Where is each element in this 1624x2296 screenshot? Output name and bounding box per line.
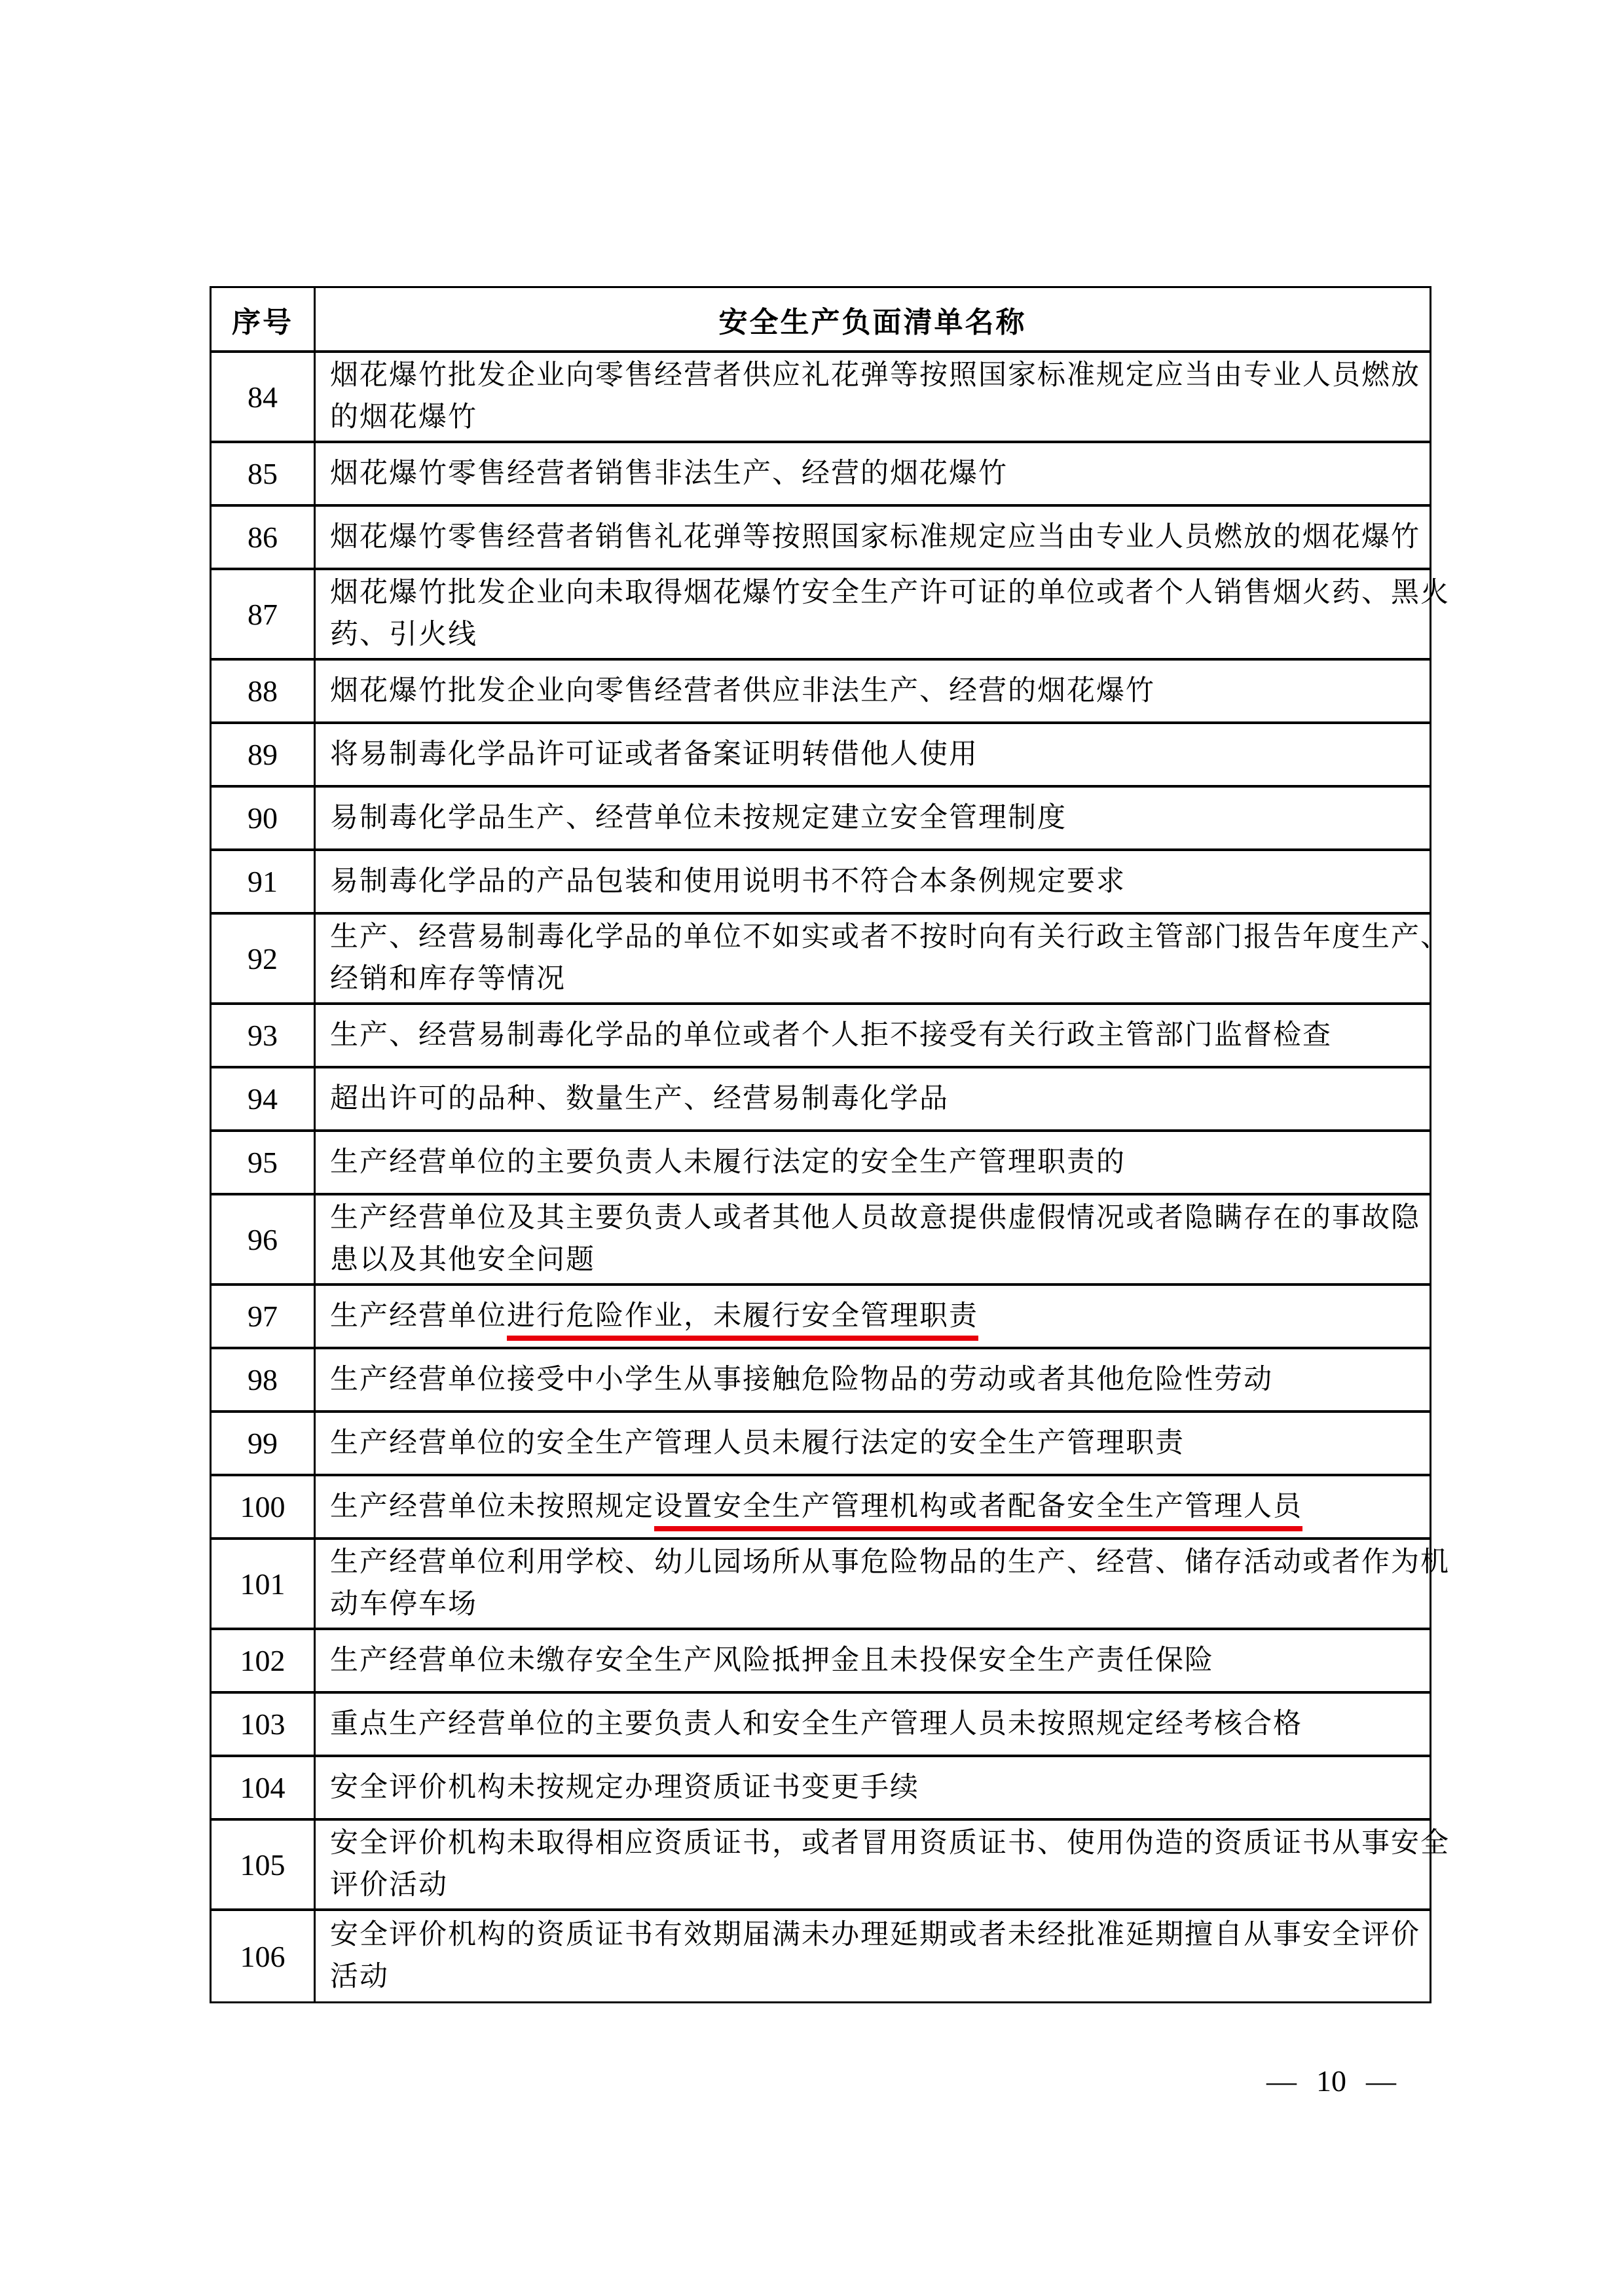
row-index-cell: 105 — [212, 1821, 316, 1908]
table-row: 87烟花爆竹批发企业向未取得烟花爆竹安全生产许可证的单位或者个人销售烟火药、黑火… — [212, 570, 1430, 661]
header-cell-name: 安全生产负面清单名称 — [316, 288, 1430, 350]
table-row: 88烟花爆竹批发企业向零售经营者供应非法生产、经营的烟花爆竹 — [212, 661, 1430, 724]
document-page: 序号 安全生产负面清单名称 84烟花爆竹批发企业向零售经营者供应礼花弹等按照国家… — [0, 0, 1624, 2296]
row-text-line: 将易制毒化学品许可证或者备案证明转借他人使用 — [330, 734, 1416, 776]
row-index-cell: 100 — [212, 1476, 316, 1537]
row-name-cell: 超出许可的品种、数量生产、经营易制毒化学品 — [316, 1068, 1430, 1129]
table-row: 85烟花爆竹零售经营者销售非法生产、经营的烟花爆竹 — [212, 443, 1430, 507]
row-index-cell: 99 — [212, 1413, 316, 1474]
row-name-cell: 生产经营单位未按照规定设置安全生产管理机构或者配备安全生产管理人员 — [316, 1476, 1430, 1537]
row-text-line: 的烟花爆竹 — [330, 397, 1420, 439]
row-name-cell: 生产经营单位接受中小学生从事接触危险物品的劳动或者其他危险性劳动 — [316, 1349, 1430, 1410]
table-header-row: 序号 安全生产负面清单名称 — [212, 288, 1430, 353]
row-text-line: 安全评价机构未取得相应资质证书，或者冒用资质证书、使用伪造的资质证书从事安全 — [330, 1823, 1450, 1865]
underlined-text-segment: 设置安全生产管理机构或者配备安全生产管理人员 — [654, 1491, 1302, 1531]
row-text-line: 重点生产经营单位的主要负责人和安全生产管理人员未按照规定经考核合格 — [330, 1704, 1416, 1745]
row-text-line: 生产经营单位接受中小学生从事接触危险物品的劳动或者其他危险性劳动 — [330, 1359, 1416, 1401]
row-text-line: 经销和库存等情况 — [330, 958, 1450, 1000]
row-text-line: 药、引火线 — [330, 614, 1450, 656]
text-segment: 生产经营单位未按照规定 — [330, 1491, 654, 1522]
row-name-cell: 烟花爆竹批发企业向零售经营者供应礼花弹等按照国家标准规定应当由专业人员燃放的烟花… — [316, 353, 1433, 441]
row-name-cell: 安全评价机构未取得相应资质证书，或者冒用资质证书、使用伪造的资质证书从事安全评价… — [316, 1821, 1463, 1908]
row-text-line: 烟花爆竹零售经营者销售非法生产、经营的烟花爆竹 — [330, 453, 1416, 495]
row-index-cell: 104 — [212, 1757, 316, 1818]
row-index-cell: 91 — [212, 851, 316, 912]
table-row: 89将易制毒化学品许可证或者备案证明转借他人使用 — [212, 724, 1430, 788]
row-text-line: 动车停车场 — [330, 1584, 1450, 1626]
row-name-cell: 生产经营单位及其主要负责人或者其他人员故意提供虚假情况或者隐瞒存在的事故隐患以及… — [316, 1195, 1433, 1283]
row-index-cell: 97 — [212, 1286, 316, 1347]
table-row: 84烟花爆竹批发企业向零售经营者供应礼花弹等按照国家标准规定应当由专业人员燃放的… — [212, 353, 1430, 443]
row-index-cell: 86 — [212, 507, 316, 568]
row-text-line: 生产经营单位进行危险作业，未履行安全管理职责 — [330, 1296, 1416, 1338]
row-name-cell: 生产经营单位利用学校、幼儿园场所从事危险物品的生产、经营、储存活动或者作为机动车… — [316, 1540, 1463, 1628]
row-text-line: 生产经营单位未按照规定设置安全生产管理机构或者配备安全生产管理人员 — [330, 1486, 1416, 1528]
row-index-cell: 98 — [212, 1349, 316, 1410]
row-name-cell: 易制毒化学品生产、经营单位未按规定建立安全管理制度 — [316, 788, 1430, 848]
row-text-line: 超出许可的品种、数量生产、经营易制毒化学品 — [330, 1078, 1416, 1120]
table-row: 105安全评价机构未取得相应资质证书，或者冒用资质证书、使用伪造的资质证书从事安… — [212, 1821, 1430, 1911]
row-name-cell: 安全评价机构未按规定办理资质证书变更手续 — [316, 1757, 1430, 1818]
row-text-line: 易制毒化学品的产品包装和使用说明书不符合本条例规定要求 — [330, 861, 1416, 903]
row-index-cell: 89 — [212, 724, 316, 785]
row-name-cell: 烟花爆竹零售经营者销售非法生产、经营的烟花爆竹 — [316, 443, 1430, 504]
row-index-cell: 90 — [212, 788, 316, 848]
row-text-line: 活动 — [330, 1956, 1420, 1998]
header-cell-index: 序号 — [212, 288, 316, 350]
row-index-cell: 87 — [212, 570, 316, 658]
row-index-cell: 88 — [212, 661, 316, 721]
table-row: 97生产经营单位进行危险作业，未履行安全管理职责 — [212, 1286, 1430, 1349]
row-name-cell: 生产、经营易制毒化学品的单位不如实或者不按时向有关行政主管部门报告年度生产、经销… — [316, 915, 1463, 1002]
row-text-line: 烟花爆竹批发企业向未取得烟花爆竹安全生产许可证的单位或者个人销售烟火药、黑火 — [330, 572, 1450, 614]
text-segment: 生产经营单位 — [330, 1301, 507, 1332]
row-index-cell: 94 — [212, 1068, 316, 1129]
row-name-cell: 生产经营单位进行危险作业，未履行安全管理职责 — [316, 1286, 1430, 1347]
row-index-cell: 102 — [212, 1630, 316, 1691]
table-row: 100生产经营单位未按照规定设置安全生产管理机构或者配备安全生产管理人员 — [212, 1476, 1430, 1540]
row-text-line: 烟花爆竹批发企业向零售经营者供应非法生产、经营的烟花爆竹 — [330, 670, 1416, 712]
table-row: 95生产经营单位的主要负责人未履行法定的安全生产管理职责的 — [212, 1132, 1430, 1195]
row-name-cell: 生产、经营易制毒化学品的单位或者个人拒不接受有关行政主管部门监督检查 — [316, 1005, 1430, 1066]
row-name-cell: 重点生产经营单位的主要负责人和安全生产管理人员未按照规定经考核合格 — [316, 1694, 1430, 1755]
row-name-cell: 烟花爆竹批发企业向零售经营者供应非法生产、经营的烟花爆竹 — [316, 661, 1430, 721]
table-row: 99生产经营单位的安全生产管理人员未履行法定的安全生产管理职责 — [212, 1413, 1430, 1476]
row-name-cell: 将易制毒化学品许可证或者备案证明转借他人使用 — [316, 724, 1430, 785]
row-text-line: 易制毒化学品生产、经营单位未按规定建立安全管理制度 — [330, 797, 1416, 839]
row-name-cell: 烟花爆竹批发企业向未取得烟花爆竹安全生产许可证的单位或者个人销售烟火药、黑火药、… — [316, 570, 1463, 658]
row-name-cell: 烟花爆竹零售经营者销售礼花弹等按照国家标准规定应当由专业人员燃放的烟花爆竹 — [316, 507, 1433, 568]
row-index-cell: 84 — [212, 353, 316, 441]
page-number-value: 10 — [1316, 2064, 1346, 2098]
table-row: 96生产经营单位及其主要负责人或者其他人员故意提供虚假情况或者隐瞒存在的事故隐患… — [212, 1195, 1430, 1286]
row-index-cell: 103 — [212, 1694, 316, 1755]
row-index-cell: 85 — [212, 443, 316, 504]
row-index-cell: 93 — [212, 1005, 316, 1066]
table-row: 98生产经营单位接受中小学生从事接触危险物品的劳动或者其他危险性劳动 — [212, 1349, 1430, 1413]
table-row: 103重点生产经营单位的主要负责人和安全生产管理人员未按照规定经考核合格 — [212, 1694, 1430, 1757]
row-text-line: 患以及其他安全问题 — [330, 1239, 1420, 1281]
row-name-cell: 安全评价机构的资质证书有效期届满未办理延期或者未经批准延期擅自从事安全评价活动 — [316, 1911, 1433, 2001]
row-text-line: 生产经营单位及其主要负责人或者其他人员故意提供虚假情况或者隐瞒存在的事故隐 — [330, 1197, 1420, 1239]
table-row: 94超出许可的品种、数量生产、经营易制毒化学品 — [212, 1068, 1430, 1132]
row-text-line: 烟花爆竹零售经营者销售礼花弹等按照国家标准规定应当由专业人员燃放的烟花爆竹 — [330, 517, 1420, 558]
table-row: 106安全评价机构的资质证书有效期届满未办理延期或者未经批准延期擅自从事安全评价… — [212, 1911, 1430, 2001]
row-index-cell: 96 — [212, 1195, 316, 1283]
row-name-cell: 生产经营单位的主要负责人未履行法定的安全生产管理职责的 — [316, 1132, 1430, 1193]
row-name-cell: 易制毒化学品的产品包装和使用说明书不符合本条例规定要求 — [316, 851, 1430, 912]
row-index-cell: 95 — [212, 1132, 316, 1193]
row-index-cell: 92 — [212, 915, 316, 1002]
row-text-line: 评价活动 — [330, 1865, 1450, 1906]
row-text-line: 生产经营单位未缴存安全生产风险抵押金且未投保安全生产责任保险 — [330, 1640, 1416, 1682]
row-text-line: 烟花爆竹批发企业向零售经营者供应礼花弹等按照国家标准规定应当由专业人员燃放 — [330, 355, 1420, 397]
table-row: 90易制毒化学品生产、经营单位未按规定建立安全管理制度 — [212, 788, 1430, 851]
row-name-cell: 生产经营单位的安全生产管理人员未履行法定的安全生产管理职责 — [316, 1413, 1430, 1474]
table-row: 91易制毒化学品的产品包装和使用说明书不符合本条例规定要求 — [212, 851, 1430, 915]
row-name-cell: 生产经营单位未缴存安全生产风险抵押金且未投保安全生产责任保险 — [316, 1630, 1430, 1691]
table-row: 104安全评价机构未按规定办理资质证书变更手续 — [212, 1757, 1430, 1821]
row-index-cell: 101 — [212, 1540, 316, 1628]
page-number-right-dash: — — [1366, 2064, 1396, 2098]
row-text-line: 生产经营单位的主要负责人未履行法定的安全生产管理职责的 — [330, 1142, 1416, 1184]
table-row: 102生产经营单位未缴存安全生产风险抵押金且未投保安全生产责任保险 — [212, 1630, 1430, 1694]
row-text-line: 安全评价机构的资质证书有效期届满未办理延期或者未经批准延期擅自从事安全评价 — [330, 1914, 1420, 1956]
row-index-cell: 106 — [212, 1911, 316, 2001]
row-text-line: 生产经营单位的安全生产管理人员未履行法定的安全生产管理职责 — [330, 1423, 1416, 1465]
table-row: 93生产、经营易制毒化学品的单位或者个人拒不接受有关行政主管部门监督检查 — [212, 1005, 1430, 1068]
underlined-text-segment: 进行危险作业，未履行安全管理职责 — [507, 1301, 978, 1341]
table-row: 92生产、经营易制毒化学品的单位不如实或者不按时向有关行政主管部门报告年度生产、… — [212, 915, 1430, 1005]
table-row: 101生产经营单位利用学校、幼儿园场所从事危险物品的生产、经营、储存活动或者作为… — [212, 1540, 1430, 1630]
row-text-line: 生产、经营易制毒化学品的单位或者个人拒不接受有关行政主管部门监督检查 — [330, 1015, 1416, 1057]
page-number-left-dash: — — [1266, 2064, 1297, 2098]
row-text-line: 安全评价机构未按规定办理资质证书变更手续 — [330, 1767, 1416, 1809]
row-text-line: 生产、经营易制毒化学品的单位不如实或者不按时向有关行政主管部门报告年度生产、 — [330, 917, 1450, 958]
page-number: — 10 — — [1266, 2064, 1396, 2098]
negative-list-table: 序号 安全生产负面清单名称 84烟花爆竹批发企业向零售经营者供应礼花弹等按照国家… — [210, 286, 1431, 2003]
row-text-line: 生产经营单位利用学校、幼儿园场所从事危险物品的生产、经营、储存活动或者作为机 — [330, 1542, 1450, 1584]
table-row: 86烟花爆竹零售经营者销售礼花弹等按照国家标准规定应当由专业人员燃放的烟花爆竹 — [212, 507, 1430, 570]
